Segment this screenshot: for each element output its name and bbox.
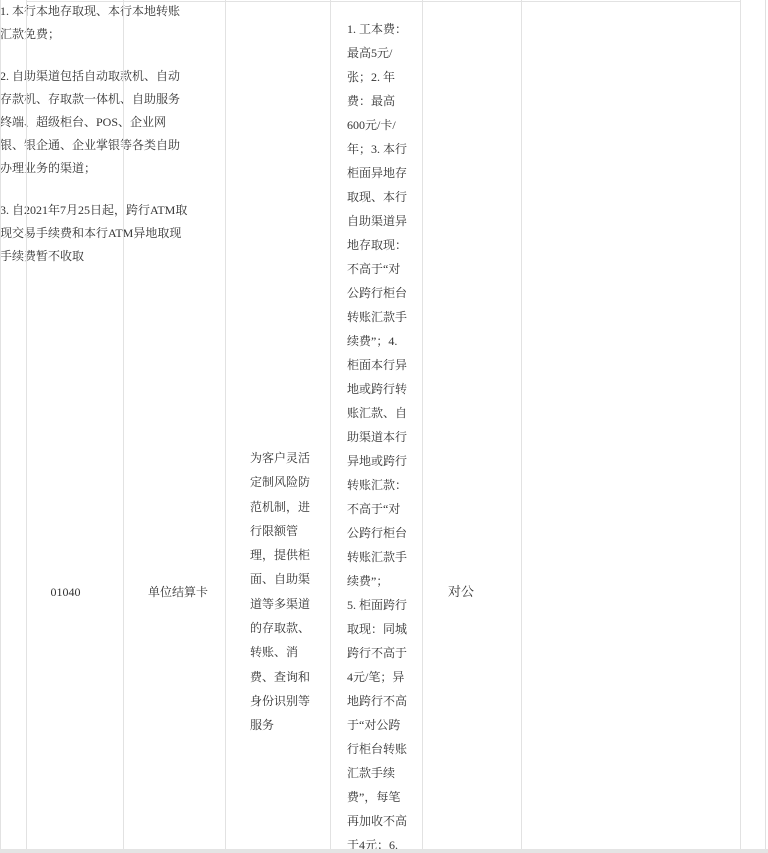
cell-service-description: 为客户灵活 定制风险防 范机制，进 行限额管 理，提供柜 面、自助渠 道等多渠道…	[250, 446, 310, 738]
cell-notes: 1. 本行本地存取现、本行本地转账 汇款免费； 2. 自助渠道包括自动取款机、自…	[0, 0, 196, 268]
table-border-col5	[422, 0, 423, 849]
cell-fee-standard: 1. 工本费： 最高5元/ 张；2. 年 费：最高 600元/卡/ 年；3. 本…	[347, 17, 407, 853]
table-border-col2	[123, 0, 124, 849]
horizontal-scrollbar-track[interactable]	[0, 849, 768, 853]
cell-customer-type: 对公	[422, 584, 521, 599]
outer-container-border	[765, 0, 766, 849]
table-border-right	[740, 0, 741, 849]
cell-product-name: 单位结算卡	[123, 584, 225, 600]
table-border-col1	[26, 0, 27, 849]
note-item: 1. 本行本地存取现、本行本地转账 汇款免费；	[0, 0, 196, 46]
cell-product-code: 01040	[26, 584, 123, 600]
table-border-col3	[225, 0, 226, 849]
table-border-col6	[521, 0, 522, 849]
row-top-border	[26, 1, 741, 2]
table-border-left	[0, 0, 1, 849]
note-item: 2. 自助渠道包括自动取款机、自动 存款机、存取款一体机、自助服务 终端、超级柜…	[0, 65, 196, 180]
fee-table-page: 01040 单位结算卡 为客户灵活 定制风险防 范机制，进 行限额管 理，提供柜…	[0, 0, 768, 853]
note-item: 3. 自2021年7月25日起，跨行ATM取 现交易手续费和本行ATM异地取现 …	[0, 199, 196, 268]
table-border-col4	[330, 0, 331, 849]
